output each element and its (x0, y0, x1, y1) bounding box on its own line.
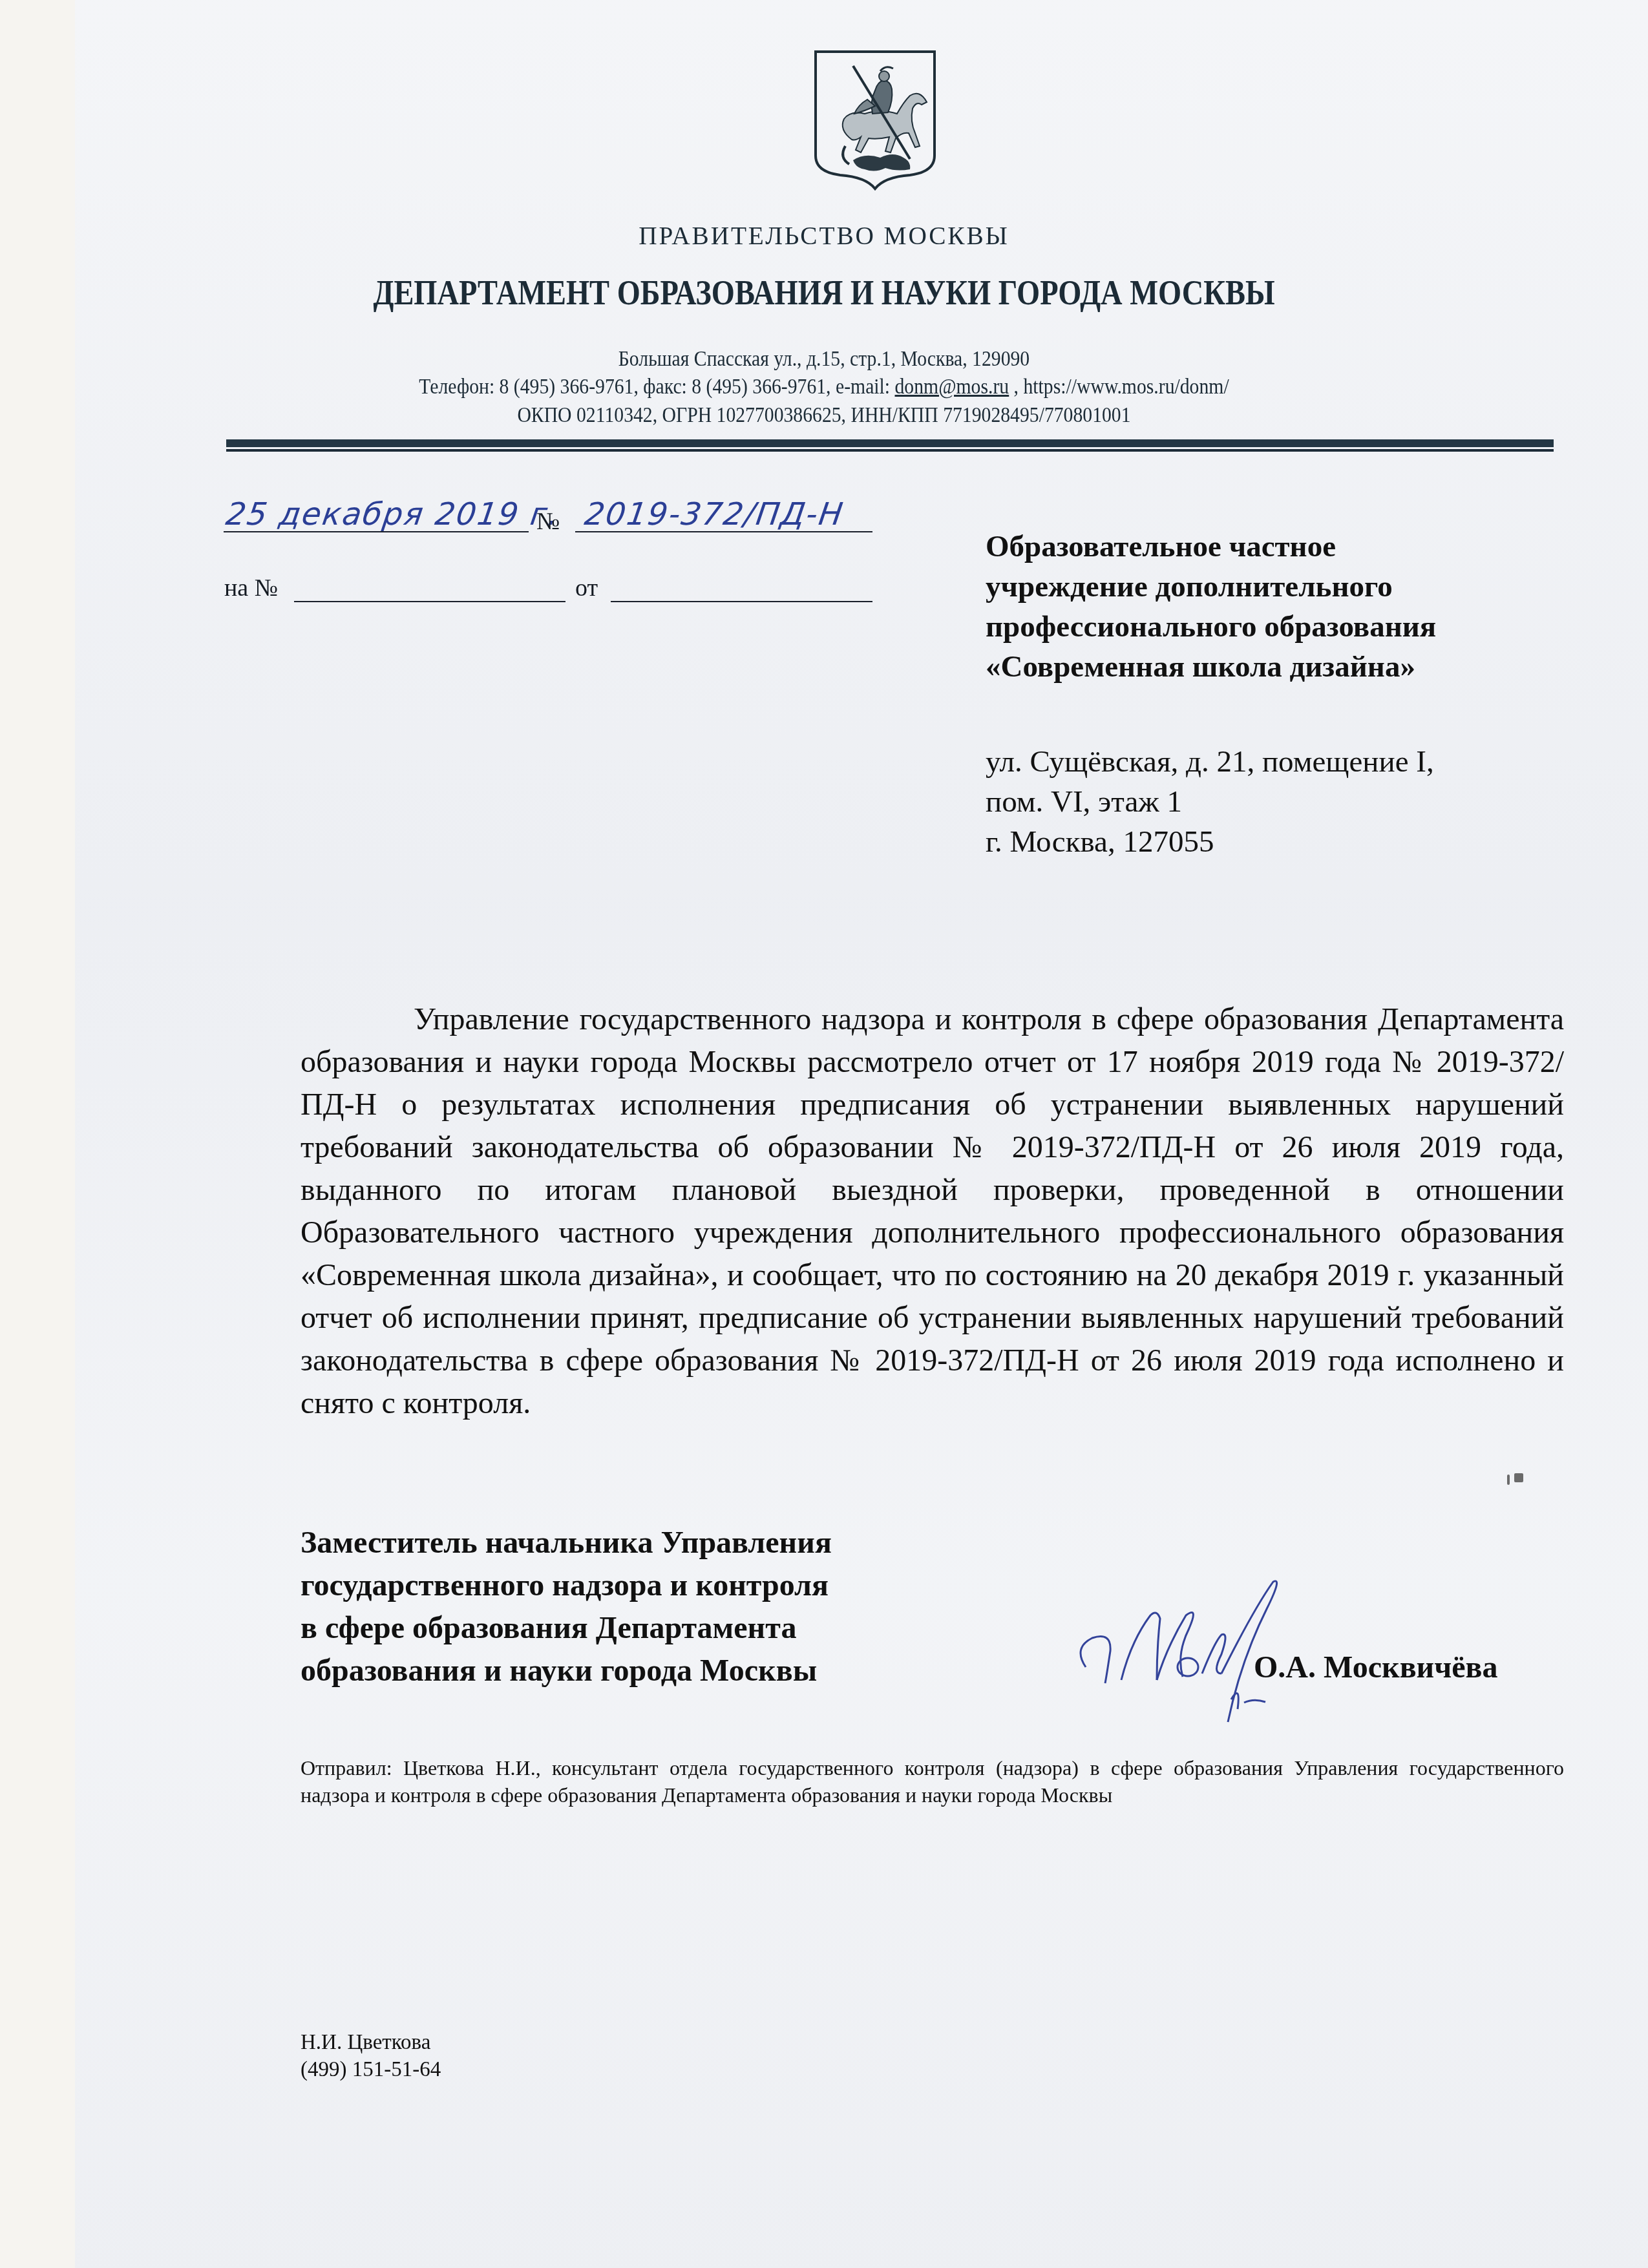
contacts-suffix: , https://www.mos.ru/donm/ (1009, 375, 1229, 399)
letterhead-divider-thin (226, 449, 1554, 452)
addressee-address: ул. Сущёвская, д. 21, помещение I, пом. … (986, 742, 1567, 862)
letter-body: Управление государственного надзора и ко… (301, 998, 1564, 1425)
department-contacts: Телефон: 8 (495) 366-9761, факс: 8 (495)… (83, 375, 1566, 399)
signatory-title-line: образования и науки города Москвы (301, 1650, 947, 1692)
sender-note: Отправил: Цветкова Н.И., консультант отд… (301, 1754, 1564, 1809)
scan-speck (1514, 1473, 1523, 1482)
signatory-title: Заместитель начальника Управления госуда… (301, 1522, 947, 1692)
address-line: пом. VI, этаж 1 (986, 782, 1567, 822)
contacts-prefix: Телефон: 8 (495) 366-9761, факс: 8 (495)… (419, 375, 894, 399)
department-title: ДЕПАРТАМЕНТ ОБРАЗОВАНИЯ И НАУКИ ГОРОДА М… (116, 273, 1533, 313)
addressee-line: профессионального образования (986, 607, 1567, 647)
email-link[interactable]: donm@mos.ru (895, 375, 1009, 399)
addressee-line: учреждение дополнительного (986, 567, 1567, 607)
reply-to-number-field (294, 601, 565, 602)
address-line: г. Москва, 127055 (986, 822, 1567, 862)
department-registry: ОКПО 02110342, ОГРН 1027700386625, ИНН/К… (83, 404, 1566, 428)
from-label: от (575, 574, 598, 602)
executor-name: Н.И. Цветкова (301, 2029, 441, 2056)
addressee-line: «Современная школа дизайна» (986, 647, 1567, 687)
outgoing-number-handwritten: 2019-372/ПД-Н (582, 496, 846, 532)
government-title: ПРАВИТЕЛЬСТВО МОСКВЫ (33, 220, 1615, 251)
scan-speck (1507, 1475, 1510, 1485)
department-address: Большая Спасская ул., д.15, стр.1, Москв… (83, 348, 1566, 372)
scan-edge-strip (0, 0, 75, 2268)
signatory-title-line: в сфере образования Департамента (301, 1607, 947, 1650)
executor-info: Н.И. Цветкова (499) 151-51-64 (301, 2029, 441, 2083)
handwritten-signature-icon (1060, 1570, 1280, 1725)
outgoing-date-handwritten: 25 декабря 2019 г. (224, 496, 562, 532)
reply-to-label: на № (224, 574, 278, 602)
signatory-title-line: государственного надзора и контроля (301, 1564, 947, 1607)
addressee-organization: Образовательное частное учреждение допол… (986, 527, 1567, 687)
executor-phone: (499) 151-51-64 (301, 2056, 441, 2083)
address-line: ул. Сущёвская, д. 21, помещение I, (986, 742, 1567, 782)
from-date-field (611, 601, 872, 602)
moscow-coat-of-arms-icon (813, 49, 937, 193)
letterhead-divider-thick (226, 439, 1554, 447)
number-label: № (536, 507, 560, 536)
signatory-title-line: Заместитель начальника Управления (301, 1522, 947, 1564)
signatory-name: О.А. Москвичёва (1254, 1650, 1498, 1685)
addressee-line: Образовательное частное (986, 527, 1567, 567)
